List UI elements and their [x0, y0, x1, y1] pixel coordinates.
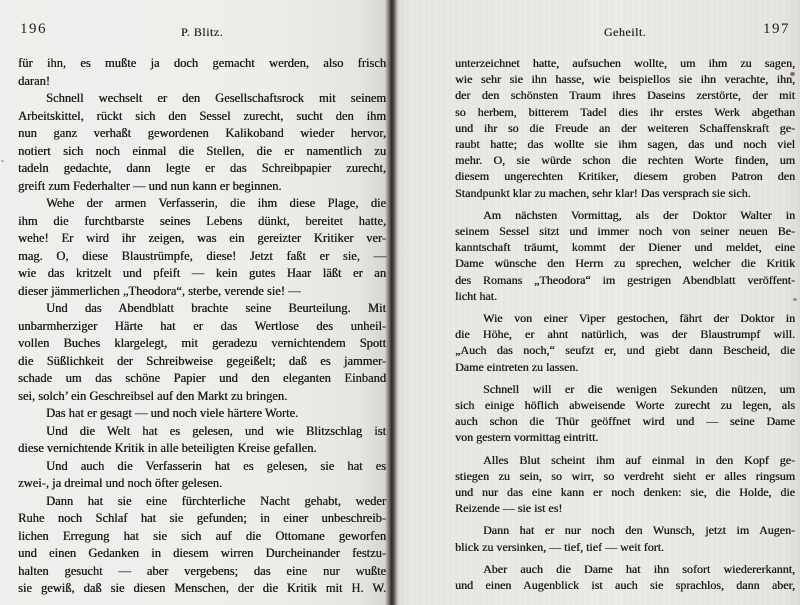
scan-speck — [793, 298, 797, 301]
text-line: vollen Buches klargelegt, mit geradezu v… — [18, 335, 386, 353]
text-line: und nur das eine kann er noch denken: si… — [455, 484, 795, 500]
text-line: Ruhe noch Schlaf hat sie gefunden; in ei… — [18, 510, 386, 528]
text-line: Dann hat er nur noch den Wunsch, jetzt i… — [455, 522, 795, 538]
page-left-body: für ihn, es mußte ja doch gemacht werden… — [18, 55, 386, 598]
scan-speck — [1, 160, 4, 162]
page-right-body: unterzeichnet hatte, aufsuchen wollte, u… — [455, 55, 795, 593]
text-line: so herbem, bitterem Tadel dies ihr erste… — [455, 104, 795, 120]
text-line: Und die Welt hat es gelesen, und wie Bli… — [18, 423, 386, 441]
text-line: daran! — [18, 73, 386, 91]
text-line: Dame eintreten zu lassen. — [455, 359, 795, 375]
text-line: sei, solch’ ein Geschreibsel auf den Mar… — [18, 388, 386, 406]
text-line: blick zu versinken, — tief, tief — weit … — [455, 539, 795, 555]
text-line: Dann hat sie eine fürchterliche Nacht ge… — [18, 493, 386, 511]
text-line: Schnell will er die wenigen Sekunden nüt… — [455, 381, 795, 397]
text-line: wie das kritzelt und pfeift — kein gutes… — [18, 265, 386, 283]
text-line: ihm die furchtbarste seines Lebens dünkt… — [18, 213, 386, 231]
text-line: Und das Abendblatt brachte seine Beurtei… — [18, 300, 386, 318]
text-line: Arbeitskittel, rückt sich den Sessel zur… — [18, 108, 386, 126]
text-line: Und auch die Verfasserin hat es gelesen,… — [18, 458, 386, 476]
text-line: Wehe der armen Verfasserin, die ihm dies… — [18, 195, 386, 213]
text-line: die Höhe, er ahnt natürlich, was der Bla… — [455, 326, 795, 342]
text-line: mag. O, diese Blaustrümpfe, diese! Jetzt… — [18, 248, 386, 266]
page-left: 196 P. Blitz. für ihn, es mußte ja doch … — [0, 0, 389, 605]
book-scan: 196 P. Blitz. für ihn, es mußte ja doch … — [0, 0, 800, 605]
page-right: Geheilt. 197 unterzeichnet hatte, aufsuc… — [389, 0, 800, 605]
text-line: zwei-, ja dreimal und noch öfter gelesen… — [18, 475, 386, 493]
text-line: des Romans „Theodora“ im gestrigen Abend… — [455, 272, 795, 288]
text-line: diese vernichtende Kritik in alle beteil… — [18, 440, 386, 458]
text-line: Alles Blut scheint ihm auf einmal in den… — [455, 452, 795, 468]
text-line: Standpunkt klar zu machen, sehr klar! Da… — [455, 185, 795, 201]
text-line: der den schönsten Traum ihres Daseins ze… — [455, 87, 795, 103]
text-line: Das hat er gesagt — und noch viele härte… — [18, 405, 386, 423]
text-line: Schnell wechselt er den Gesellschaftsroc… — [18, 90, 386, 108]
text-line: und einen Augenblick ist auch sie sprach… — [455, 577, 795, 593]
text-line: die Süßlichkeit der Schreibweise gegeiße… — [18, 353, 386, 371]
text-line: Aber auch die Dame hat ihn sofort wieder… — [455, 561, 795, 577]
text-line: auch schon die Thür geöffnet wird und — … — [455, 413, 795, 429]
text-line: „Auch das noch,“ seufzt er, und giebt da… — [455, 342, 795, 358]
text-line: diesem ungerechten Kritiker, diesem grob… — [455, 168, 795, 184]
book-gutter-shadow — [385, 0, 399, 605]
text-line: sich einige höflich abweisende Worte zur… — [455, 397, 795, 413]
text-line: wehe! Er wird ihr zeigen, was ein gereiz… — [18, 230, 386, 248]
text-line: licht hat. — [455, 288, 795, 304]
text-line: seinem Sessel sitzt und immer noch von s… — [455, 223, 795, 239]
text-line: Dame wünsche den Herrn zu sprechen, welc… — [455, 255, 795, 271]
text-line: stiegen zu sein, so wirr, so verdreht si… — [455, 468, 795, 484]
text-line: nun ganz verhaßt gewordenen Kalikoband w… — [18, 125, 386, 143]
scan-speck — [790, 72, 795, 76]
text-line: raubt hatte; das wollte sie ihm sagen, d… — [455, 136, 795, 152]
text-line: mehr. O, sie würde schon die rechten Wor… — [455, 152, 795, 168]
text-line: für ihn, es mußte ja doch gemacht werden… — [18, 55, 386, 73]
text-line: unterzeichnet hatte, aufsuchen wollte, u… — [455, 55, 795, 71]
text-line: tadeln gedachte, dann legte er das Schre… — [18, 160, 386, 178]
text-line: und ihr so die Freude an der weiteren Sc… — [455, 120, 795, 136]
text-line: halten gesucht — aber vergebens; das ein… — [18, 563, 386, 581]
text-line: notiert sich noch einmal die Stellen, di… — [18, 143, 386, 161]
text-line: greift zum Federhalter — und nun kann er… — [18, 178, 386, 196]
text-line: schade um das schöne Papier und den eleg… — [18, 370, 386, 388]
text-line: Wie von einer Viper gestochen, fährt der… — [455, 310, 795, 326]
text-line: sie gewiß, daß sie diesen Menschen, der … — [18, 580, 386, 598]
text-line: dieser jämmerlichen „Theodora“, sterbe, … — [18, 283, 386, 301]
text-line: und einen Gedanken in diesem wirren Durc… — [18, 545, 386, 563]
running-header-left: P. Blitz. — [18, 25, 386, 40]
text-line: von gestern vormittag eintritt. — [455, 429, 795, 445]
text-line: kanntschaft träumt, kommt der Diener und… — [455, 239, 795, 255]
text-line: Reizende — sie ist es! — [455, 500, 795, 516]
page-number-right: 197 — [763, 21, 790, 38]
text-line: Am nächsten Vormittag, als der Doktor Wa… — [455, 207, 795, 223]
text-line: unbarmherziger Härte hat er das Wertlose… — [18, 318, 386, 336]
running-header-right: Geheilt. — [455, 25, 795, 40]
text-line: wie sehr sie ihn hasse, wie beispiellos … — [455, 71, 795, 87]
text-line: lichen Erregung hat sie sich auf die Ott… — [18, 528, 386, 546]
